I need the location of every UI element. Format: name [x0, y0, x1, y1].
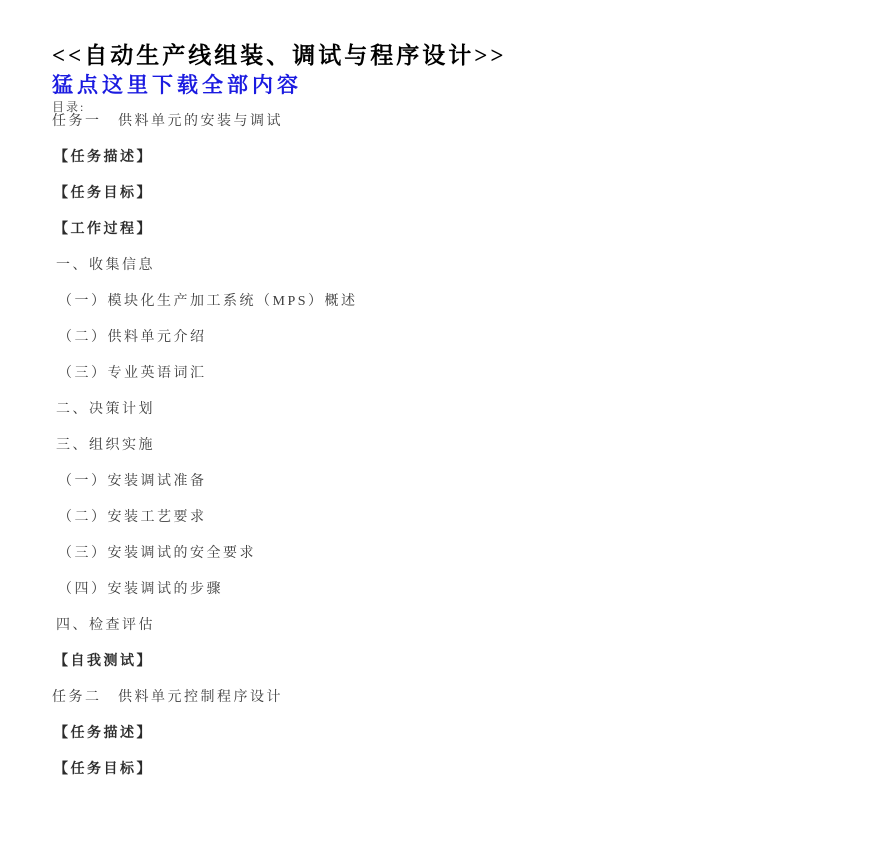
toc-heading: 目录:	[52, 101, 830, 114]
download-all-link[interactable]: 猛点这里下载全部内容	[52, 75, 830, 96]
toc-item: （二）供料单元介绍	[58, 330, 830, 345]
toc-item: 四、检查评估	[56, 618, 830, 633]
toc-item: 【任务目标】	[54, 186, 830, 201]
document-page: <<自动生产线组装、调试与程序设计>> 猛点这里下载全部内容 目录: 任务一 供…	[0, 0, 870, 842]
toc-item-task-one: 任务一 供料单元的安装与调试	[52, 114, 830, 129]
toc-item: 【任务描述】	[54, 726, 830, 741]
toc-item: 一、收集信息	[56, 258, 830, 273]
toc-item: 【自我测试】	[54, 654, 830, 669]
toc-item: 二、决策计划	[56, 402, 830, 417]
toc-item: （一）安装调试准备	[58, 474, 830, 489]
toc-item: 三、组织实施	[56, 438, 830, 453]
toc-item: （二）安装工艺要求	[58, 510, 830, 525]
toc-item: 任务二 供料单元控制程序设计	[52, 690, 830, 705]
toc-list: 【任务描述】【任务目标】【工作过程】一、收集信息（一）模块化生产加工系统（MPS…	[52, 150, 830, 777]
toc-item: 【任务目标】	[54, 762, 830, 777]
toc-item: 【工作过程】	[54, 222, 830, 237]
toc-item: （三）专业英语词汇	[58, 366, 830, 381]
toc-item: 【任务描述】	[54, 150, 830, 165]
toc-item: （三）安装调试的安全要求	[58, 546, 830, 561]
toc-item: （一）模块化生产加工系统（MPS）概述	[58, 294, 830, 309]
document-title: <<自动生产线组装、调试与程序设计>>	[52, 44, 830, 68]
toc-item: （四）安装调试的步骤	[58, 582, 830, 597]
